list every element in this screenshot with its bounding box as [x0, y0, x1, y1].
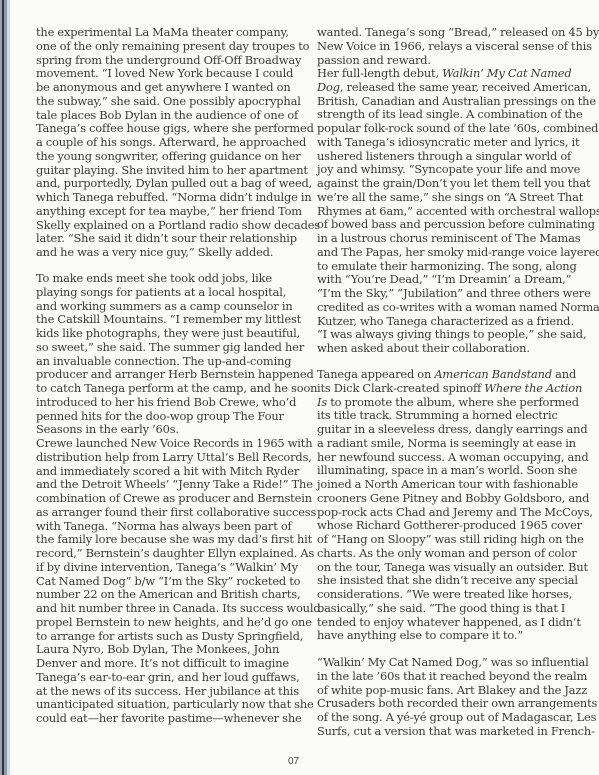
text-line: unanticipated situation, particularly no… — [36, 698, 320, 712]
text-run: and — [552, 367, 576, 381]
text-line: and working summers as a camp counselor … — [36, 300, 317, 314]
text-line: when asked about their collaboration. — [317, 342, 599, 356]
text-line: joined a North American tour with fashio… — [317, 478, 593, 492]
text-line: anything except for tea maybe,” her frie… — [36, 205, 320, 219]
text-line: a radiant smile, Norma is seemingly at e… — [317, 437, 593, 451]
text-run: Her full-length debut, — [317, 66, 442, 80]
text-line: with “You’re Dead,” “I’m Dreamin’ a Drea… — [317, 273, 599, 287]
text-line: in the late ’60s that it reached beyond … — [317, 670, 597, 684]
text-line: have anything else to compare it to.” — [317, 629, 593, 643]
italic-title: Walkin’ My Cat Named — [442, 66, 571, 80]
text-line: “I was always giving things to people,” … — [317, 328, 599, 342]
text-line: her newfound success. A woman occupying,… — [317, 451, 593, 465]
text-line: basically,” she said. “The good thing is… — [317, 602, 593, 616]
text-line: to emulate their harmonizing. The song, … — [317, 260, 599, 274]
text-line: as arranger found their first collaborat… — [36, 506, 320, 520]
text-line: movement. “I loved New York because I co… — [36, 67, 320, 81]
page-number: 07 — [288, 756, 299, 767]
text-line: Crusaders both recorded their own arrang… — [317, 697, 597, 711]
text-line: tended to enjoy whatever happened, as I … — [317, 616, 593, 630]
text-line: Kutzer, who Tanega characterized as a fr… — [317, 315, 599, 329]
text-line: Is to promote the album, where she perfo… — [317, 396, 593, 410]
text-line: tale places Bob Dylan in the audience of… — [36, 109, 320, 123]
italic-title: Where the Action — [484, 381, 582, 395]
text-line: of white pop-music fans. Art Blakey and … — [317, 684, 597, 698]
text-line: at the news of its success. Her jubilanc… — [36, 685, 320, 699]
text-line: considerations. “We were treated like ho… — [317, 588, 593, 602]
text-line: guitar in a sleeveless dress, dangly ear… — [317, 423, 593, 437]
text-line: to catch Tanega perform at the camp, and… — [36, 382, 317, 396]
text-line: be anonymous and get anywhere I wanted o… — [36, 81, 320, 95]
paragraph: Crewe launched New Voice Records in 1965… — [36, 437, 320, 726]
text-line: an invaluable connection. The up-and-com… — [36, 355, 317, 369]
text-line: Laura Nyro, Bob Dylan, The Monkees, John — [36, 643, 320, 657]
text-line: distribution help from Larry Uttal’s Bel… — [36, 451, 320, 465]
text-line: Denver and more. It’s not difficult to i… — [36, 657, 320, 671]
page-binding-edge — [0, 0, 10, 775]
text-line: introduced to her his friend Bob Crewe, … — [36, 396, 317, 410]
text-line: charts. As the only woman and person of … — [317, 547, 593, 561]
text-line: illuminating, space in a man’s world. So… — [317, 464, 593, 478]
text-line: could eat—her favorite pastime—whenever … — [36, 712, 320, 726]
text-line: one of the only remaining present day tr… — [36, 40, 320, 54]
text-line: popular folk-rock sound of the late ’60s… — [317, 122, 599, 136]
text-line: in a lustrous chorus reminiscent of The … — [317, 232, 599, 246]
text-line: if by divine intervention, Tanega’s “Wal… — [36, 561, 320, 575]
text-line: Her full-length debut, Walkin’ My Cat Na… — [317, 67, 599, 81]
text-line: Tanega’s coffee house gigs, where she pe… — [36, 122, 320, 136]
text-line: Cat Named Dog” b/w “I’m the Sky” rockete… — [36, 575, 320, 589]
text-line: New Voice in 1966, relays a visceral sen… — [317, 40, 599, 54]
text-line: a couple of his songs. Afterward, he app… — [36, 136, 320, 150]
paragraph: Her full-length debut, Walkin’ My Cat Na… — [317, 67, 599, 356]
text-line: pop-rock acts Chad and Jeremy and The Mc… — [317, 506, 593, 520]
text-run: its Dick Clark-created spinoff — [317, 381, 484, 395]
text-run: Tanega appeared on — [317, 367, 434, 381]
text-line: and, purportedly, Dylan pulled out a bag… — [36, 177, 320, 191]
text-line: record,” Bernstein’s daughter Ellyn expl… — [36, 547, 320, 561]
text-line: joy and whimsy. “Syncopate your life and… — [317, 163, 599, 177]
paragraph: “Walkin’ My Cat Named Dog,” was so influ… — [317, 656, 597, 739]
text-line: Rhymes at 6am,” accented with orchestral… — [317, 205, 599, 219]
text-line: and The Papas, her smoky mid-range voice… — [317, 246, 599, 260]
text-run: to promote the album, where she performe… — [327, 395, 579, 409]
text-line: she insisted that she didn’t receive any… — [317, 574, 593, 588]
paragraph: the experimental La MaMa theater company… — [36, 26, 320, 260]
text-line: with Tanega. “Norma has always been part… — [36, 520, 320, 534]
binding-stripe — [7, 0, 10, 775]
italic-title: Dog — [317, 80, 340, 94]
text-line: producer and arranger Herb Bernstein hap… — [36, 368, 317, 382]
text-line: Seasons in the early ’60s. — [36, 423, 317, 437]
text-line: and immediately scored a hit with Mitch … — [36, 465, 320, 479]
text-line: British, Canadian and Australian pressin… — [317, 95, 599, 109]
text-line: so sweet,” she said. The summer gig land… — [36, 341, 317, 355]
text-line: Tanega appeared on American Bandstand an… — [317, 368, 593, 382]
text-line: To make ends meet she took odd jobs, lik… — [36, 272, 317, 286]
text-line: and the Detroit Wheels’ “Jenny Take a Ri… — [36, 478, 320, 492]
text-line: with Tanega’s idiosyncratic meter and ly… — [317, 136, 599, 150]
text-line: combination of Crewe as producer and Ber… — [36, 492, 320, 506]
italic-title: American Bandstand — [434, 367, 552, 381]
text-line: propel Bernstein to new heights, and he’… — [36, 616, 320, 630]
text-line: its Dick Clark-created spinoff Where the… — [317, 382, 593, 396]
text-line: the experimental La MaMa theater company… — [36, 26, 320, 40]
italic-title: Is — [317, 395, 327, 409]
text-line: number 22 on the American and British ch… — [36, 588, 320, 602]
text-line: “I’m the Sky,” “Jubilation” and three ot… — [317, 287, 599, 301]
text-line: Tanega’s ear-to-ear grin, and her loud g… — [36, 671, 320, 685]
text-line: of the song. A yé-yé group out of Madaga… — [317, 711, 597, 725]
text-line: its title track. Strumming a horned elec… — [317, 409, 593, 423]
text-line: Crewe launched New Voice Records in 1965… — [36, 437, 320, 451]
text-line: Dog, released the same year, received Am… — [317, 81, 599, 95]
text-line: playing songs for patients at a local ho… — [36, 286, 317, 300]
text-line: Skelly explained on a Portland radio sho… — [36, 219, 320, 233]
text-line: and he was a very nice guy,” Skelly adde… — [36, 246, 320, 260]
text-line: wanted. Tanega’s song “Bread,” released … — [317, 26, 599, 40]
text-line: “Walkin’ My Cat Named Dog,” was so influ… — [317, 656, 597, 670]
text-line: the family lore because she was my dad’s… — [36, 533, 320, 547]
text-line: crooners Gene Pitney and Bobby Goldsboro… — [317, 492, 593, 506]
text-line: guitar playing. She invited him to her a… — [36, 164, 320, 178]
text-line: whose Richard Gottherer-produced 1965 co… — [317, 519, 593, 533]
text-line: spring from the underground Off-Off Broa… — [36, 54, 320, 68]
text-line: which Tanega rebuffed. “Norma didn’t ind… — [36, 191, 320, 205]
text-run: , released the same year, received Ameri… — [340, 80, 591, 94]
paragraph: Tanega appeared on American Bandstand an… — [317, 368, 593, 643]
text-line: on the tour, Tanega was visually an outs… — [317, 561, 593, 575]
paragraph: To make ends meet she took odd jobs, lik… — [36, 272, 317, 437]
text-line: ushered listeners through a singular wor… — [317, 150, 599, 164]
text-line: kids like photographs, they were just be… — [36, 327, 317, 341]
text-line: of bowed bass and percussion before culm… — [317, 218, 599, 232]
text-line: strength of its lead single. A combinati… — [317, 108, 599, 122]
text-line: the subway,” she said. One possibly apoc… — [36, 95, 320, 109]
text-line: we’re all the same,” she sings on “A Str… — [317, 191, 599, 205]
text-line: penned hits for the doo-wop group The Fo… — [36, 410, 317, 424]
text-line: Surfs, cut a version that was marketed i… — [317, 725, 597, 739]
text-line: the Catskill Mountains. “I remember my l… — [36, 313, 317, 327]
text-line: to arrange for artists such as Dusty Spr… — [36, 630, 320, 644]
text-line: of “Hang on Sloopy” was still riding hig… — [317, 533, 593, 547]
text-line: the young songwriter, offering guidance … — [36, 150, 320, 164]
text-line: credited as co-writes with a woman named… — [317, 301, 599, 315]
text-line: and hit number three in Canada. Its succ… — [36, 602, 320, 616]
text-line: later. “She said it didn’t sour their re… — [36, 232, 320, 246]
text-line: against the grain/Don’t you let them tel… — [317, 177, 599, 191]
paragraph: wanted. Tanega’s song “Bread,” released … — [317, 26, 599, 67]
